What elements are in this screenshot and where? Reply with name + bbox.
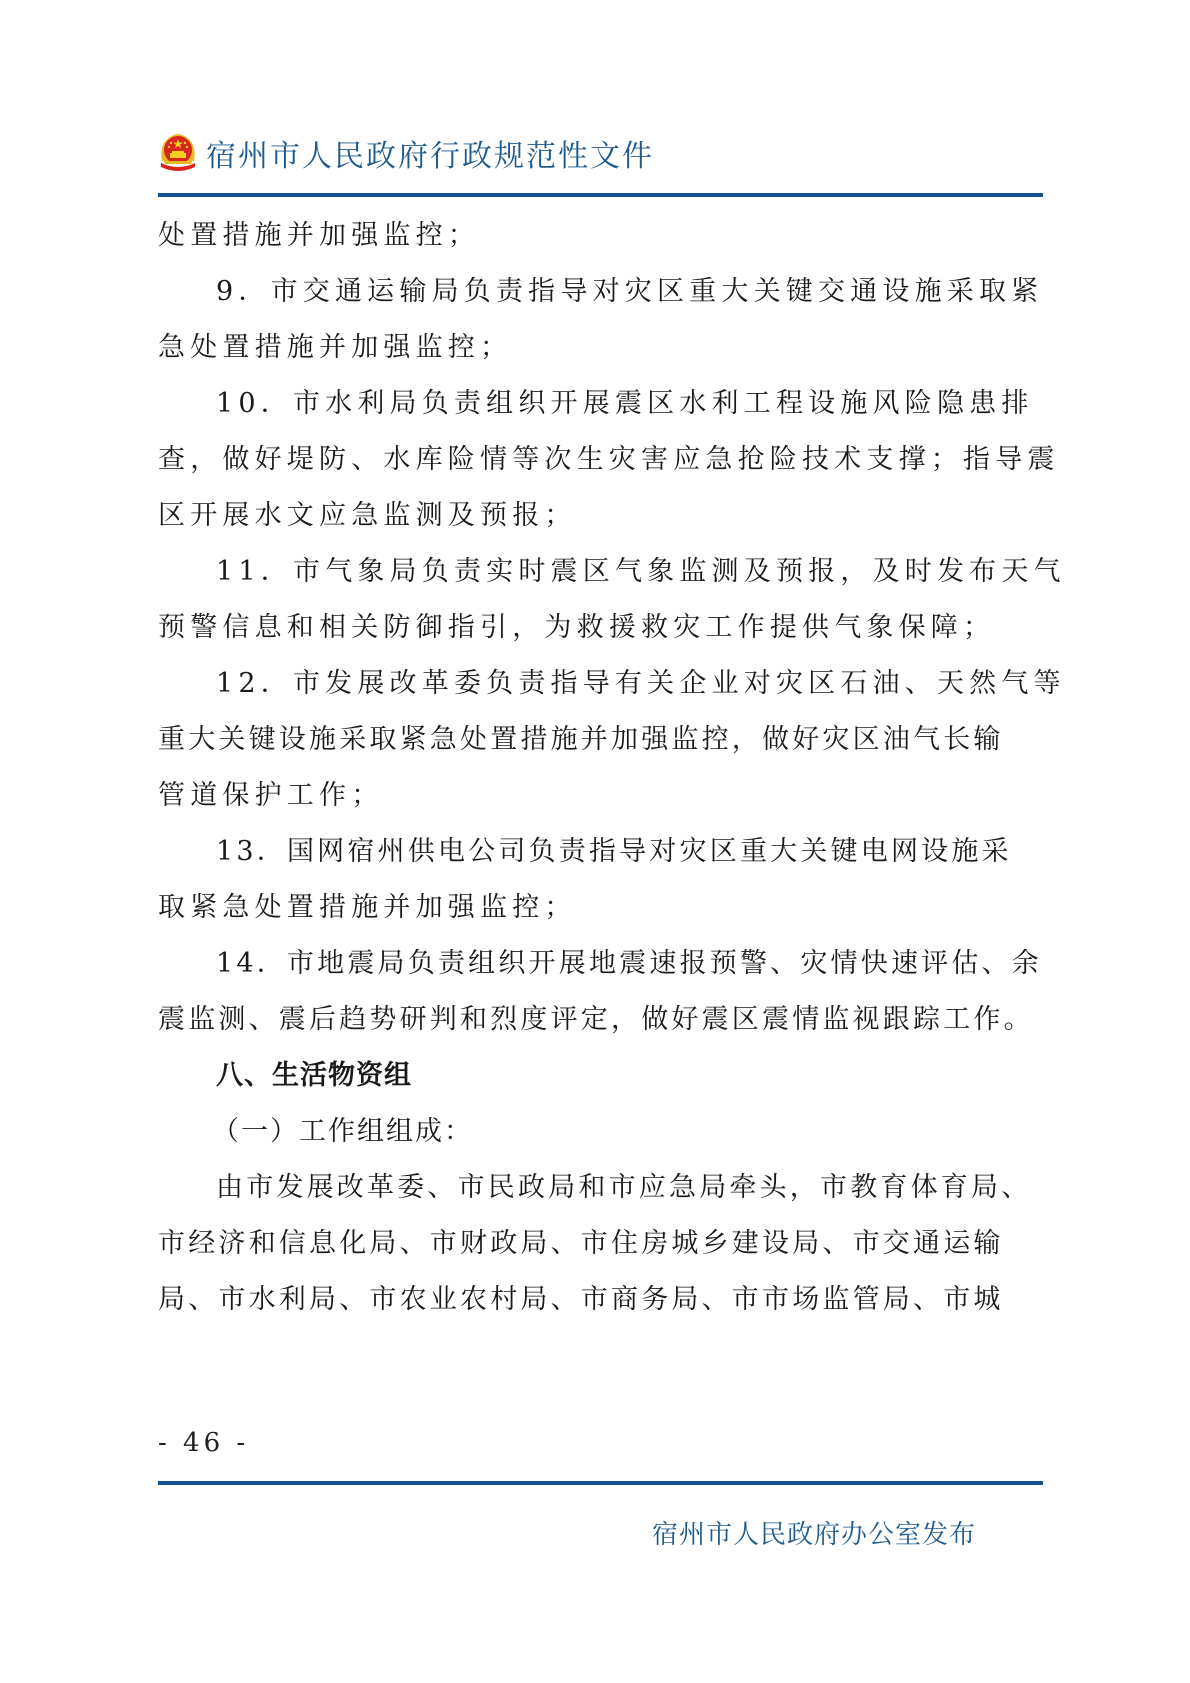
- body-paragraph-start: 由市发展改革委、市民政局和市应急局牵头，市教育体育局、: [158, 1160, 1048, 1216]
- body-line: 预警信息和相关防御指引，为救援救灾工作提供气象保障；: [158, 600, 1048, 656]
- document-series-title: 宿州市人民政府行政规范性文件: [206, 131, 654, 175]
- body-line: 重大关键设施采取紧急处置措施并加强监控，做好灾区油气长输: [158, 712, 1048, 768]
- body-line: 查，做好堤防、水库险情等次生灾害应急抢险技术支撑；指导震: [158, 432, 1048, 488]
- list-item-14: 14．市地震局负责组织开展地震速报预警、灾情快速评估、余: [158, 936, 1048, 992]
- body-line: 处置措施并加强监控；: [158, 208, 1048, 264]
- body-line: 管道保护工作；: [158, 768, 1048, 824]
- body-line: 取紧急处置措施并加强监控；: [158, 880, 1048, 936]
- publisher-footer: 宿州市人民政府办公室发布: [652, 1514, 976, 1551]
- body-line: 区开展水文应急监测及预报；: [158, 488, 1048, 544]
- subsection-heading: （一）工作组组成：: [158, 1104, 1048, 1160]
- body-line: 震监测、震后趋势研判和烈度评定，做好震区震情监视跟踪工作。: [158, 992, 1048, 1048]
- section-heading: 八、生活物资组: [158, 1048, 1048, 1104]
- list-item-12: 12．市发展改革委负责指导有关企业对灾区石油、天然气等: [158, 656, 1048, 712]
- document-header: 宿州市人民政府行政规范性文件: [158, 128, 654, 178]
- body-line: 急处置措施并加强监控；: [158, 320, 1048, 376]
- list-item-9: 9．市交通运输局负责指导对灾区重大关键交通设施采取紧: [158, 264, 1048, 320]
- list-item-11: 11．市气象局负责实时震区气象监测及预报，及时发布天气: [158, 544, 1048, 600]
- list-item-13: 13．国网宿州供电公司负责指导对灾区重大关键电网设施采: [158, 824, 1048, 880]
- page-number: - 46 -: [158, 1428, 249, 1458]
- national-emblem-icon: [158, 131, 198, 175]
- header-divider: [158, 193, 1043, 197]
- body-line: 市经济和信息化局、市财政局、市住房城乡建设局、市交通运输: [158, 1216, 1048, 1272]
- list-item-10: 10．市水利局负责组织开展震区水利工程设施风险隐患排: [158, 376, 1048, 432]
- document-body: 处置措施并加强监控； 9．市交通运输局负责指导对灾区重大关键交通设施采取紧 急处…: [158, 208, 1048, 1328]
- body-line: 局、市水利局、市农业农村局、市商务局、市市场监管局、市城: [158, 1272, 1048, 1328]
- footer-divider: [158, 1481, 1043, 1485]
